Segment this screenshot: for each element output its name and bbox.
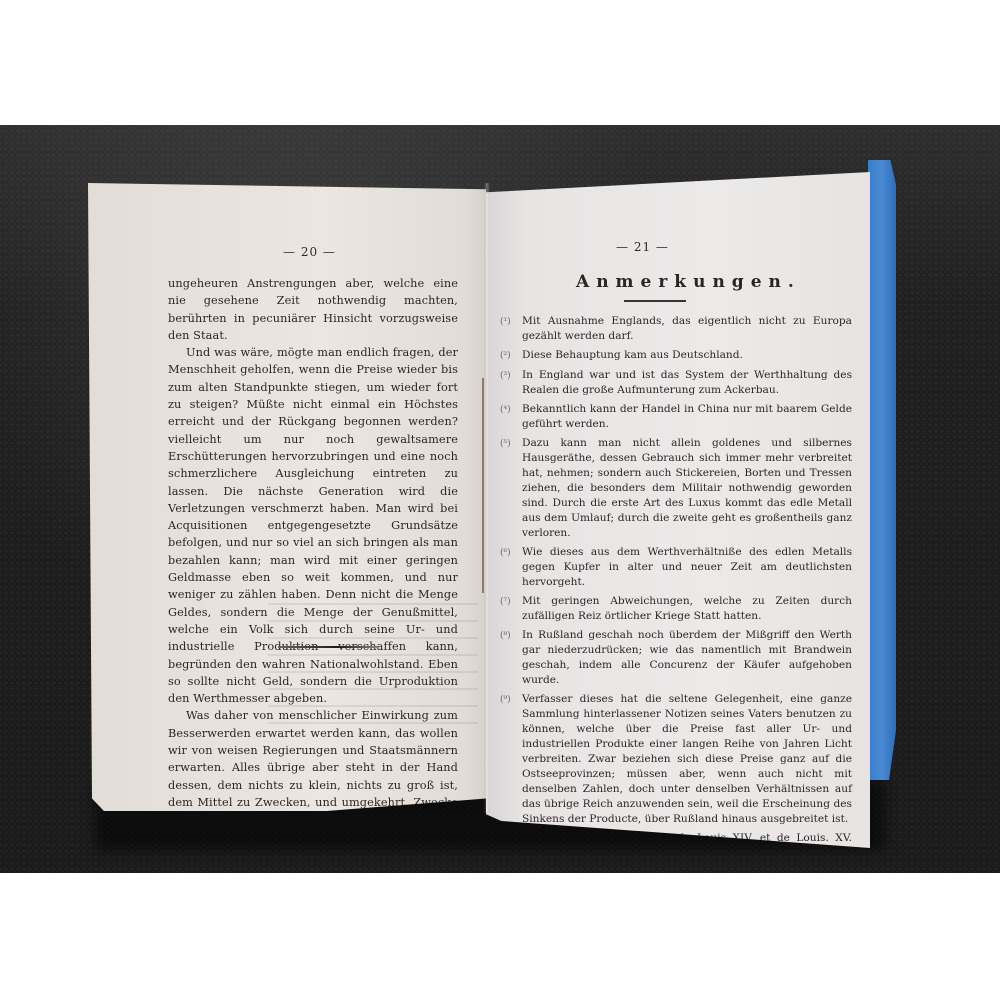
footnote-marker: (²) [500, 348, 522, 364]
footnote-text: Verfasser dieses hat die seltene Gelegen… [522, 692, 852, 827]
footnote-text: Diese Behauptung kam aus Deutschland. [522, 348, 852, 364]
footnote: (¹)Mit Ausnahme Englands, das eigentlich… [500, 314, 852, 344]
footnote-text: Mit geringen Abweichungen, welche zu Zei… [522, 594, 852, 624]
footnote: (⁴)Bekanntlich kann der Handel in China … [500, 402, 852, 432]
footnote-marker: (⁸) [500, 628, 522, 688]
footnote: (⁶)Wie dieses aus dem Werthverhältniße d… [500, 545, 852, 590]
footnote-marker: (¹) [500, 314, 522, 344]
heading-rule [624, 300, 686, 302]
book-gutter [484, 183, 490, 813]
footnote-text: In Rußland geschah noch überdem der Mißg… [522, 628, 852, 688]
binding-thread [482, 378, 484, 593]
page-number-left: — 20 — [283, 245, 336, 259]
footnote: (³)In England war und ist das System der… [500, 368, 852, 398]
footnote-marker: (⁵) [500, 436, 522, 541]
left-page: — 20 — ungeheuren Anstrengungen aber, we… [88, 183, 486, 811]
footnote-text: In England war und ist das System der We… [522, 368, 852, 398]
footnote-text: Wie dieses aus dem Werthverhältniße des … [522, 545, 852, 590]
footnote-text: Bekanntlich kann der Handel in China nur… [522, 402, 852, 432]
footnote-marker: (⁴) [500, 402, 522, 432]
footnote: (⁵)Dazu kann man nicht allein goldenes u… [500, 436, 852, 541]
page-number-right: — 21 — [616, 240, 669, 254]
right-page: — 21 — Anmerkungen. (¹)Mit Ausnahme Engl… [486, 172, 870, 848]
footnote-marker: (³) [500, 368, 522, 398]
footnote-text: Mit Ausnahme Englands, das eigentlich ni… [522, 314, 852, 344]
footnote: (²)Diese Behauptung kam aus Deutschland. [500, 348, 852, 364]
end-rule [278, 646, 378, 648]
paragraph: ungeheuren Anstrengungen aber, welche ei… [168, 275, 458, 344]
footnote-marker: (⁹) [500, 692, 522, 827]
footnotes-list: (¹)Mit Ausnahme Englands, das eigentlich… [500, 314, 852, 848]
show-through-text [268, 603, 478, 733]
footnote: (⁹)Verfasser dieses hat die seltene Gele… [500, 692, 852, 827]
blue-book-cover-edge [868, 160, 896, 780]
footnote-text: Dazu kann man nicht allein goldenes und … [522, 436, 852, 541]
notes-heading: Anmerkungen. [576, 272, 801, 292]
footnote-marker: (⁷) [500, 594, 522, 624]
footnote: (⁷)Mit geringen Abweichungen, welche zu … [500, 594, 852, 624]
footnote: (⁸)In Rußland geschah noch überdem der M… [500, 628, 852, 688]
footnote-marker: (⁶) [500, 545, 522, 590]
